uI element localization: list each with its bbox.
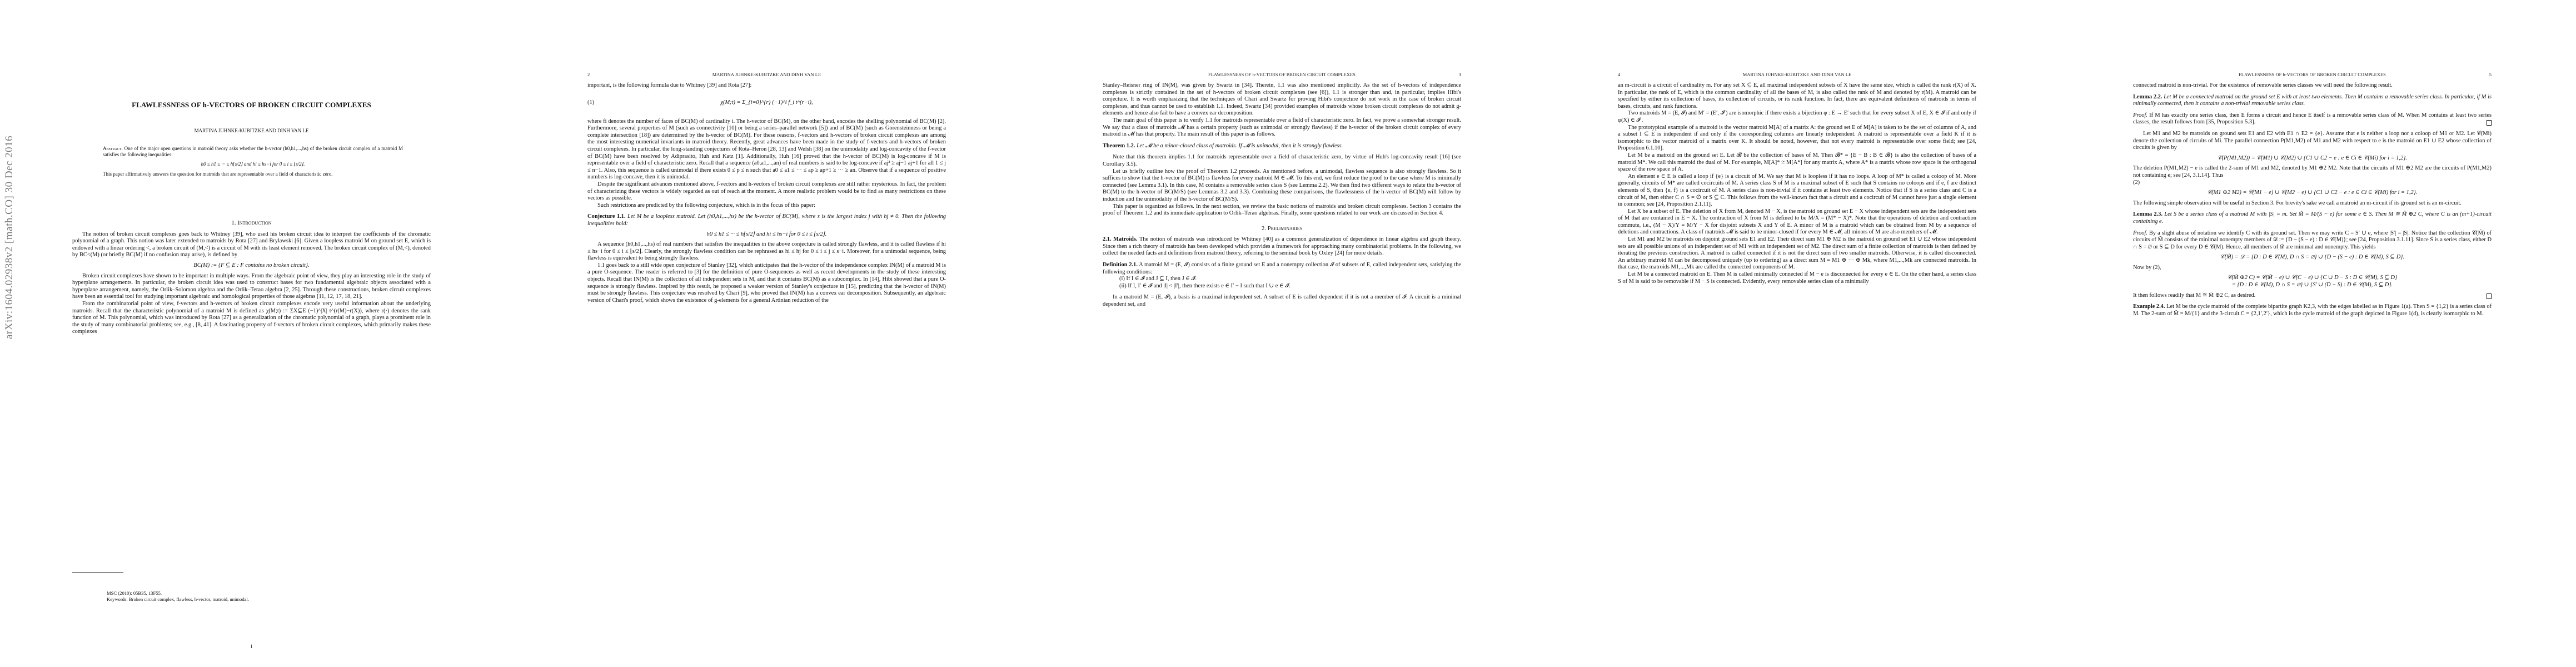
paragraph: Let X be a subset of E. The deletion of … [1618, 208, 1976, 236]
page-number: 5 [2489, 72, 2492, 77]
abstract-label: Abstract. [103, 146, 123, 151]
page-number: 3 [1459, 72, 1461, 77]
theorem-text: Let 𝓜 be a minor-closed class of matroid… [1137, 143, 1343, 149]
paragraph: an m-circuit is a circuit of cardinality… [1618, 82, 1976, 110]
paragraph: The prototypical example of a matroid is… [1618, 125, 1976, 152]
paper-authors: MARTINA JUHNKE-KUBITZKE AND DINH VAN LE [72, 128, 431, 133]
theorem: Theorem 1.2. Let 𝓜 be a minor-closed cla… [1103, 143, 1461, 150]
paragraph: Stanley–Reisner ring of IN(M), was given… [1103, 82, 1461, 117]
lemma-text: Let M be a connected matroid on the grou… [2133, 94, 2492, 107]
equation-2: 𝒞(M1 ⊕2 M2) = 𝒞(M1 − e) ∪ 𝒞(M2 − e) ∪ {C… [2133, 190, 2492, 197]
section-heading: 2. Preliminaries [1103, 225, 1461, 232]
paragraph: Despite the significant advances mention… [587, 181, 946, 202]
proof-label: Proof. [2133, 230, 2148, 236]
example-text: Let M be the cycle matroid of the comple… [2133, 303, 2492, 317]
msc-codes: MSC (2010): 05B35, 13F55. [107, 590, 249, 596]
proof-text: By a slight abuse of notation we identif… [2133, 230, 2492, 250]
paragraph: important, is the following formula due … [587, 82, 946, 89]
page-2: 2 MARTINA JUHNKE-KUBITZKE AND DINH VAN L… [515, 0, 1030, 667]
paragraph: Such restrictions are predicted by the f… [587, 202, 946, 210]
paragraph: connected matroid is non-trivial. For th… [2133, 82, 2492, 89]
keywords: Keywords: Broken circuit complex, flawle… [107, 596, 249, 603]
arxiv-stamp: arXiv:1604.02938v2 [math.CO] 30 Dec 2016 [3, 106, 21, 339]
qed-box-icon [2487, 293, 2492, 299]
page-2-body: important, is the following formula due … [587, 82, 946, 304]
paper-title: FLAWLESSNESS OF h-VECTORS OF BROKEN CIRC… [72, 101, 431, 109]
proof-text: If M has exactly one series class, then … [2133, 112, 2492, 126]
paragraph: Let M be a matroid on the ground set E. … [1618, 152, 1976, 173]
paragraph: Let us briefly outline how the proof of … [1103, 168, 1461, 203]
running-title: MARTINA JUHNKE-KUBITZKE AND DINH VAN LE [587, 72, 946, 77]
paragraph: Let M1 and M2 be matroids on ground sets… [2133, 131, 2492, 152]
condition-item: (i) If I ∈ 𝓘 and J ⊆ I, then J ∈ 𝓘. [1119, 276, 1461, 283]
page-4-body: an m-circuit is a circuit of cardinality… [1618, 82, 1976, 285]
proof: Proof. If M has exactly one series class… [2133, 112, 2492, 126]
equation-1: (1) χ(M;t) = Σ_{i=0}^{r} (−1)^i f_i t^(r… [587, 93, 946, 115]
page-1: arXiv:1604.02938v2 [math.CO] 30 Dec 2016… [0, 0, 515, 667]
condition-item: (ii) If I, I′ ∈ 𝓘 and |I| < |I′|, then t… [1119, 283, 1461, 290]
theorem-label: Theorem 1.2. [1103, 143, 1135, 149]
paragraph: Let M1 and M2 be matroids on disjoint gr… [1618, 236, 1976, 271]
paragraph: A sequence (h0,h1,...,hs) of real number… [587, 241, 946, 262]
paragraph: An element e ∈ E is called a loop if {e}… [1618, 173, 1976, 208]
running-head: FLAWLESSNESS OF h-VECTORS OF BROKEN CIRC… [2133, 72, 2492, 79]
abstract: Abstract. One of the major open question… [103, 146, 403, 177]
proof: Proof. By a slight abuse of notation we … [2133, 230, 2492, 251]
page-1-body: 1. Introduction The notion of broken cir… [72, 220, 431, 336]
display-equation: BC(M) := {F ⊆ E : F contains no broken c… [72, 262, 431, 270]
lemma-label: Lemma 2.2. [2133, 94, 2162, 100]
footnote: MSC (2010): 05B35, 13F55. Keywords: Brok… [107, 590, 249, 603]
section-heading: 1. Introduction [72, 220, 431, 227]
display-equation: 𝒞(M̃ ⊕2 C) = 𝒞(M̃ − e) ∪ 𝒞(C − e) ∪ {C ∪… [2133, 275, 2492, 282]
definition: Definition 2.1. A matroid M = (E, 𝓘) con… [1103, 262, 1461, 276]
display-equation: 𝒞(M̃) = 𝒟 = {D : D ∈ 𝒞(M), D ∩ S = ∅} ∪ … [2133, 254, 2492, 261]
definition-label: Definition 2.1. [1103, 262, 1138, 268]
equation-2-label: (2) [2133, 180, 2492, 187]
proof-label: Proof. [2133, 112, 2148, 118]
paragraph: Let M be a connected matroid on E. Then … [1618, 271, 1976, 285]
paragraph: The main goal of this paper is to verify… [1103, 117, 1461, 138]
running-head: 4 MARTINA JUHNKE-KUBITZKE AND DINH VAN L… [1618, 72, 1976, 79]
paragraph: where fi denotes the number of faces of … [587, 118, 946, 181]
qed-box-icon [2487, 120, 2492, 126]
paragraph: The notion of broken circuit complexes g… [72, 231, 431, 259]
display-equation: = {D : D ∈ 𝒞(M), D ∩ S = ∅} ∪ {S′ ∪ (D −… [2133, 282, 2492, 289]
abstract-conclusion: This paper affirmatively answers the que… [103, 171, 403, 177]
lemma-label: Lemma 2.3. [2133, 211, 2163, 217]
equation: χ(M;t) = Σ_{i=0}^{r} (−1)^i f_i t^(r−i), [587, 99, 946, 107]
paragraph: 1.1 goes back to a still wide open conje… [587, 262, 946, 305]
subsection-label: 2.1. Matroids. [1103, 236, 1138, 242]
paragraph: Note that this theorem implies 1.1 for m… [1103, 154, 1461, 168]
subsection-paragraph: 2.1. Matroids. The notion of matroids wa… [1103, 236, 1461, 257]
conjecture-label: Conjecture 1.1. [587, 213, 625, 220]
abstract-text: One of the major open questions in matro… [103, 146, 403, 157]
lemma-text: Let S be a series class of a matroid M w… [2133, 211, 2492, 225]
running-title: FLAWLESSNESS OF h-VECTORS OF BROKEN CIRC… [1103, 72, 1461, 77]
paragraph: In a matroid M = (E, 𝓘), a basis is a ma… [1103, 294, 1461, 308]
page-5: FLAWLESSNESS OF h-VECTORS OF BROKEN CIRC… [2061, 0, 2576, 667]
paragraph: This paper is organized as follows. In t… [1103, 203, 1461, 217]
page-3-body: Stanley–Reisner ring of IN(M), was given… [1103, 82, 1461, 308]
footnote-rule [72, 573, 123, 573]
paragraph-text: The notion of matroids was introduced by… [1103, 236, 1461, 256]
paragraph: It then follows readily that M ≅ M̃ ⊕2 C… [2133, 292, 2492, 300]
running-head: FLAWLESSNESS OF h-VECTORS OF BROKEN CIRC… [1103, 72, 1461, 79]
conjecture-equation: h0 ≤ h1 ≤ ··· ≤ h⌊s/2⌋ and hi ≤ hs−i for… [587, 231, 946, 238]
paragraph-text: It then follows readily that M ≅ M̃ ⊕2 C… [2133, 292, 2255, 298]
lemma: Lemma 2.2. Let M be a connected matroid … [2133, 94, 2492, 108]
running-title: FLAWLESSNESS OF h-VECTORS OF BROKEN CIRC… [2133, 72, 2492, 77]
running-head: 2 MARTINA JUHNKE-KUBITZKE AND DINH VAN L… [587, 72, 946, 79]
display-equation: 𝒞(P(M1,M2)) = 𝒞(M1) ∪ 𝒞(M2) ∪ {C1 ∪ C2 −… [2133, 155, 2492, 162]
definition-text: A matroid M = (E, 𝓘) consists of a finit… [1103, 262, 1461, 275]
page-3: FLAWLESSNESS OF h-VECTORS OF BROKEN CIRC… [1030, 0, 1546, 667]
conjecture: Conjecture 1.1. Let M be a loopless matr… [587, 213, 946, 227]
paragraph: Broken circuit complexes have shown to b… [72, 273, 431, 301]
paragraph: Now by (2), [2133, 265, 2492, 272]
running-title: MARTINA JUHNKE-KUBITZKE AND DINH VAN LE [1618, 72, 1976, 77]
lemma: Lemma 2.3. Let S be a series class of a … [2133, 211, 2492, 225]
conjecture-text: Let M be a loopless matroid. Let (h0,h1,… [587, 213, 946, 227]
example: Example 2.4. Let M be the cycle matroid … [2133, 303, 2492, 317]
page-5-body: connected matroid is non-trivial. For th… [2133, 82, 2492, 317]
paragraph: Two matroids M = (E, 𝓘) and M′ = (E′, 𝓘′… [1618, 110, 1976, 124]
paragraph: From the combinatorial point of view, f-… [72, 301, 431, 336]
definition-conditions: (i) If I ∈ 𝓘 and J ⊆ I, then J ∈ 𝓘. (ii)… [1103, 276, 1461, 290]
page-4: 4 MARTINA JUHNKE-KUBITZKE AND DINH VAN L… [1546, 0, 2061, 667]
example-label: Example 2.4. [2133, 303, 2165, 310]
paragraph: The deletion P(M1,M2) − e is called the … [2133, 165, 2492, 179]
page-number: 1 [250, 644, 253, 649]
paragraph: The following simple observation will be… [2133, 200, 2492, 207]
abstract-equation: h0 ≤ h1 ≤ ··· ≤ h⌊s/2⌋ and hi ≤ hs−i for… [103, 161, 403, 167]
